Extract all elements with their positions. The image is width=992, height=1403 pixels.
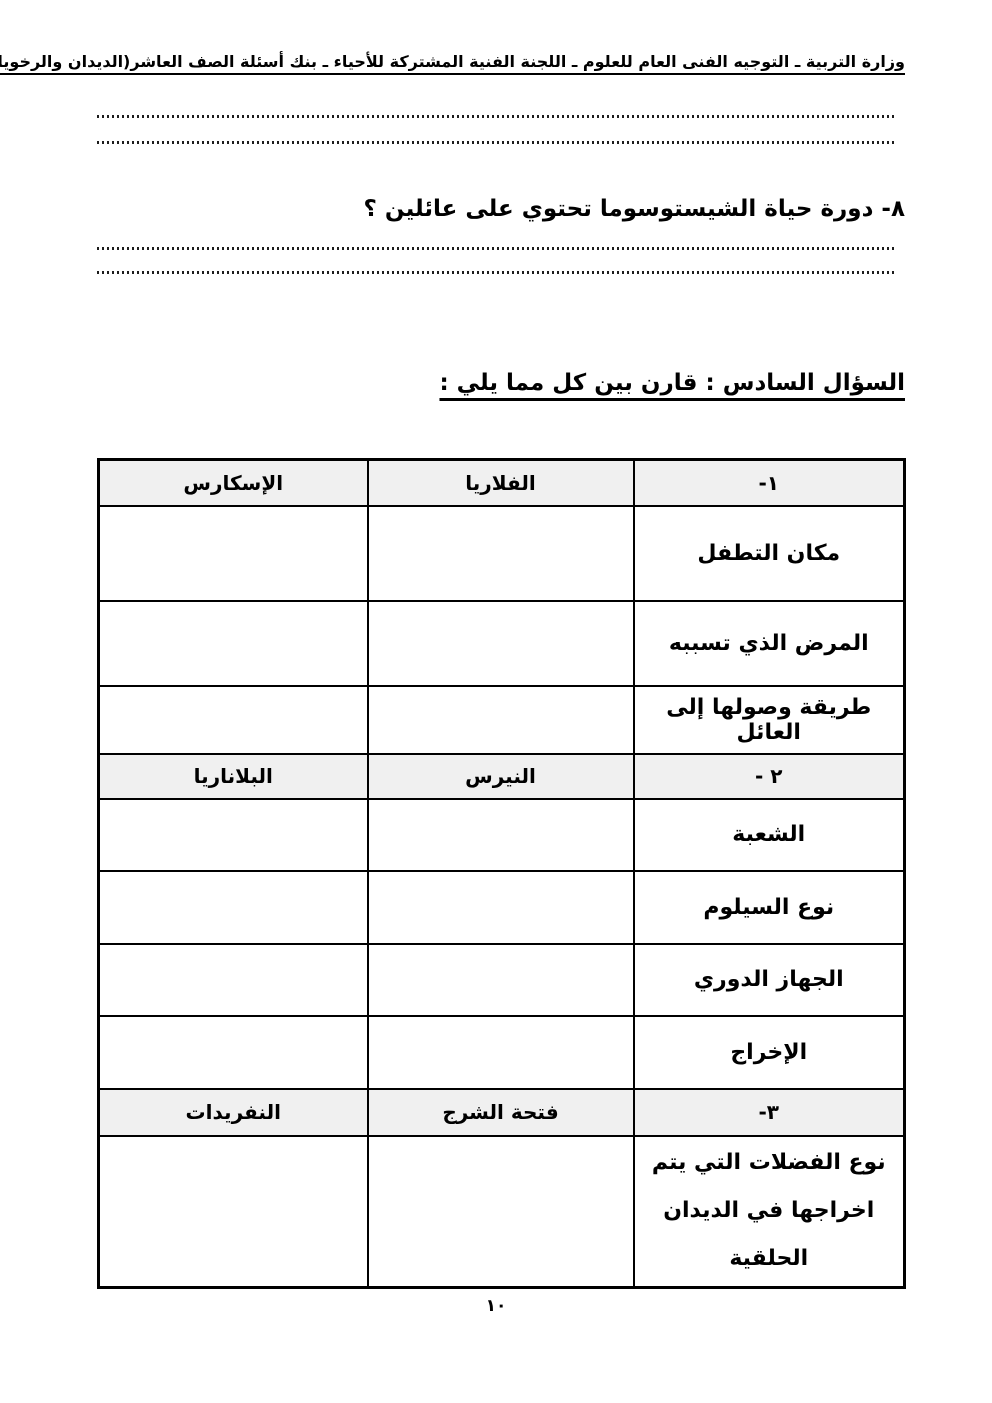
table-row: المرض الذي تسببه <box>99 601 905 686</box>
table-row: مكان التطفل <box>99 506 905 601</box>
answer-cell <box>368 1136 634 1288</box>
table-row: الجهاز الدوري <box>99 944 905 1016</box>
section2-number: ٢ - <box>634 754 905 799</box>
section1-subject-b: الإسكارس <box>99 460 368 506</box>
answer-cell <box>368 1016 634 1089</box>
question-8: ٨- دورة حياة الشيستوسوما تحتوي على عائلي… <box>364 196 905 222</box>
row-label: الإخراج <box>634 1016 905 1089</box>
answer-cell <box>368 601 634 686</box>
section3-number: ٣- <box>634 1089 905 1136</box>
table-row: الشعبة <box>99 799 905 871</box>
section2-subject-b: البلاناريا <box>99 754 368 799</box>
section1-subject-a: الفلاريا <box>368 460 634 506</box>
row-label: نوع الفضلات التي يتم اخراجها في الديدان … <box>634 1136 905 1288</box>
section2-subject-a: النيرس <box>368 754 634 799</box>
row-label: مكان التطفل <box>634 506 905 601</box>
answer-cell <box>368 799 634 871</box>
section3-subject-a: فتحة الشرج <box>368 1089 634 1136</box>
row-label: الشعبة <box>634 799 905 871</box>
row-label: نوع السيلوم <box>634 871 905 944</box>
table-section3-header-row: ٣- فتحة الشرج النفريدات <box>99 1089 905 1136</box>
answer-cell <box>99 871 368 944</box>
answer-cell <box>368 506 634 601</box>
comparison-table: ١- الفلاريا الإسكارس مكان التطفل المرض ا… <box>97 458 906 1289</box>
table-section1-header-row: ١- الفلاريا الإسكارس <box>99 460 905 506</box>
answer-cell <box>99 1016 368 1089</box>
table-row: الإخراج <box>99 1016 905 1089</box>
table-row: نوع الفضلات التي يتم اخراجها في الديدان … <box>99 1136 905 1288</box>
table-row: نوع السيلوم <box>99 871 905 944</box>
section3-subject-b: النفريدات <box>99 1089 368 1136</box>
section-six-title: السؤال السادس : قارن بين كل مما يلي : <box>439 370 905 396</box>
page-number: ١٠ <box>0 1296 992 1316</box>
table-section2-header-row: ٢ - النيرس البلاناريا <box>99 754 905 799</box>
answer-cell <box>99 1136 368 1288</box>
answer-cell <box>368 686 634 754</box>
answer-dotted-line <box>97 247 895 250</box>
table-row: طريقة وصولها إلى العائل <box>99 686 905 754</box>
answer-dotted-line <box>97 115 895 118</box>
answer-cell <box>368 944 634 1016</box>
section1-number: ١- <box>634 460 905 506</box>
answer-cell <box>368 871 634 944</box>
answer-dotted-line <box>97 141 895 144</box>
answer-cell <box>99 799 368 871</box>
answer-cell <box>99 601 368 686</box>
answer-cell <box>99 506 368 601</box>
answer-dotted-line <box>97 271 895 274</box>
row-label: طريقة وصولها إلى العائل <box>634 686 905 754</box>
answer-cell <box>99 944 368 1016</box>
document-header: وزارة التربية ـ التوجيه الفنى العام للعل… <box>90 52 905 71</box>
row-label: الجهاز الدوري <box>634 944 905 1016</box>
row-label: المرض الذي تسببه <box>634 601 905 686</box>
answer-cell <box>99 686 368 754</box>
document-page: وزارة التربية ـ التوجيه الفنى العام للعل… <box>0 0 992 1403</box>
